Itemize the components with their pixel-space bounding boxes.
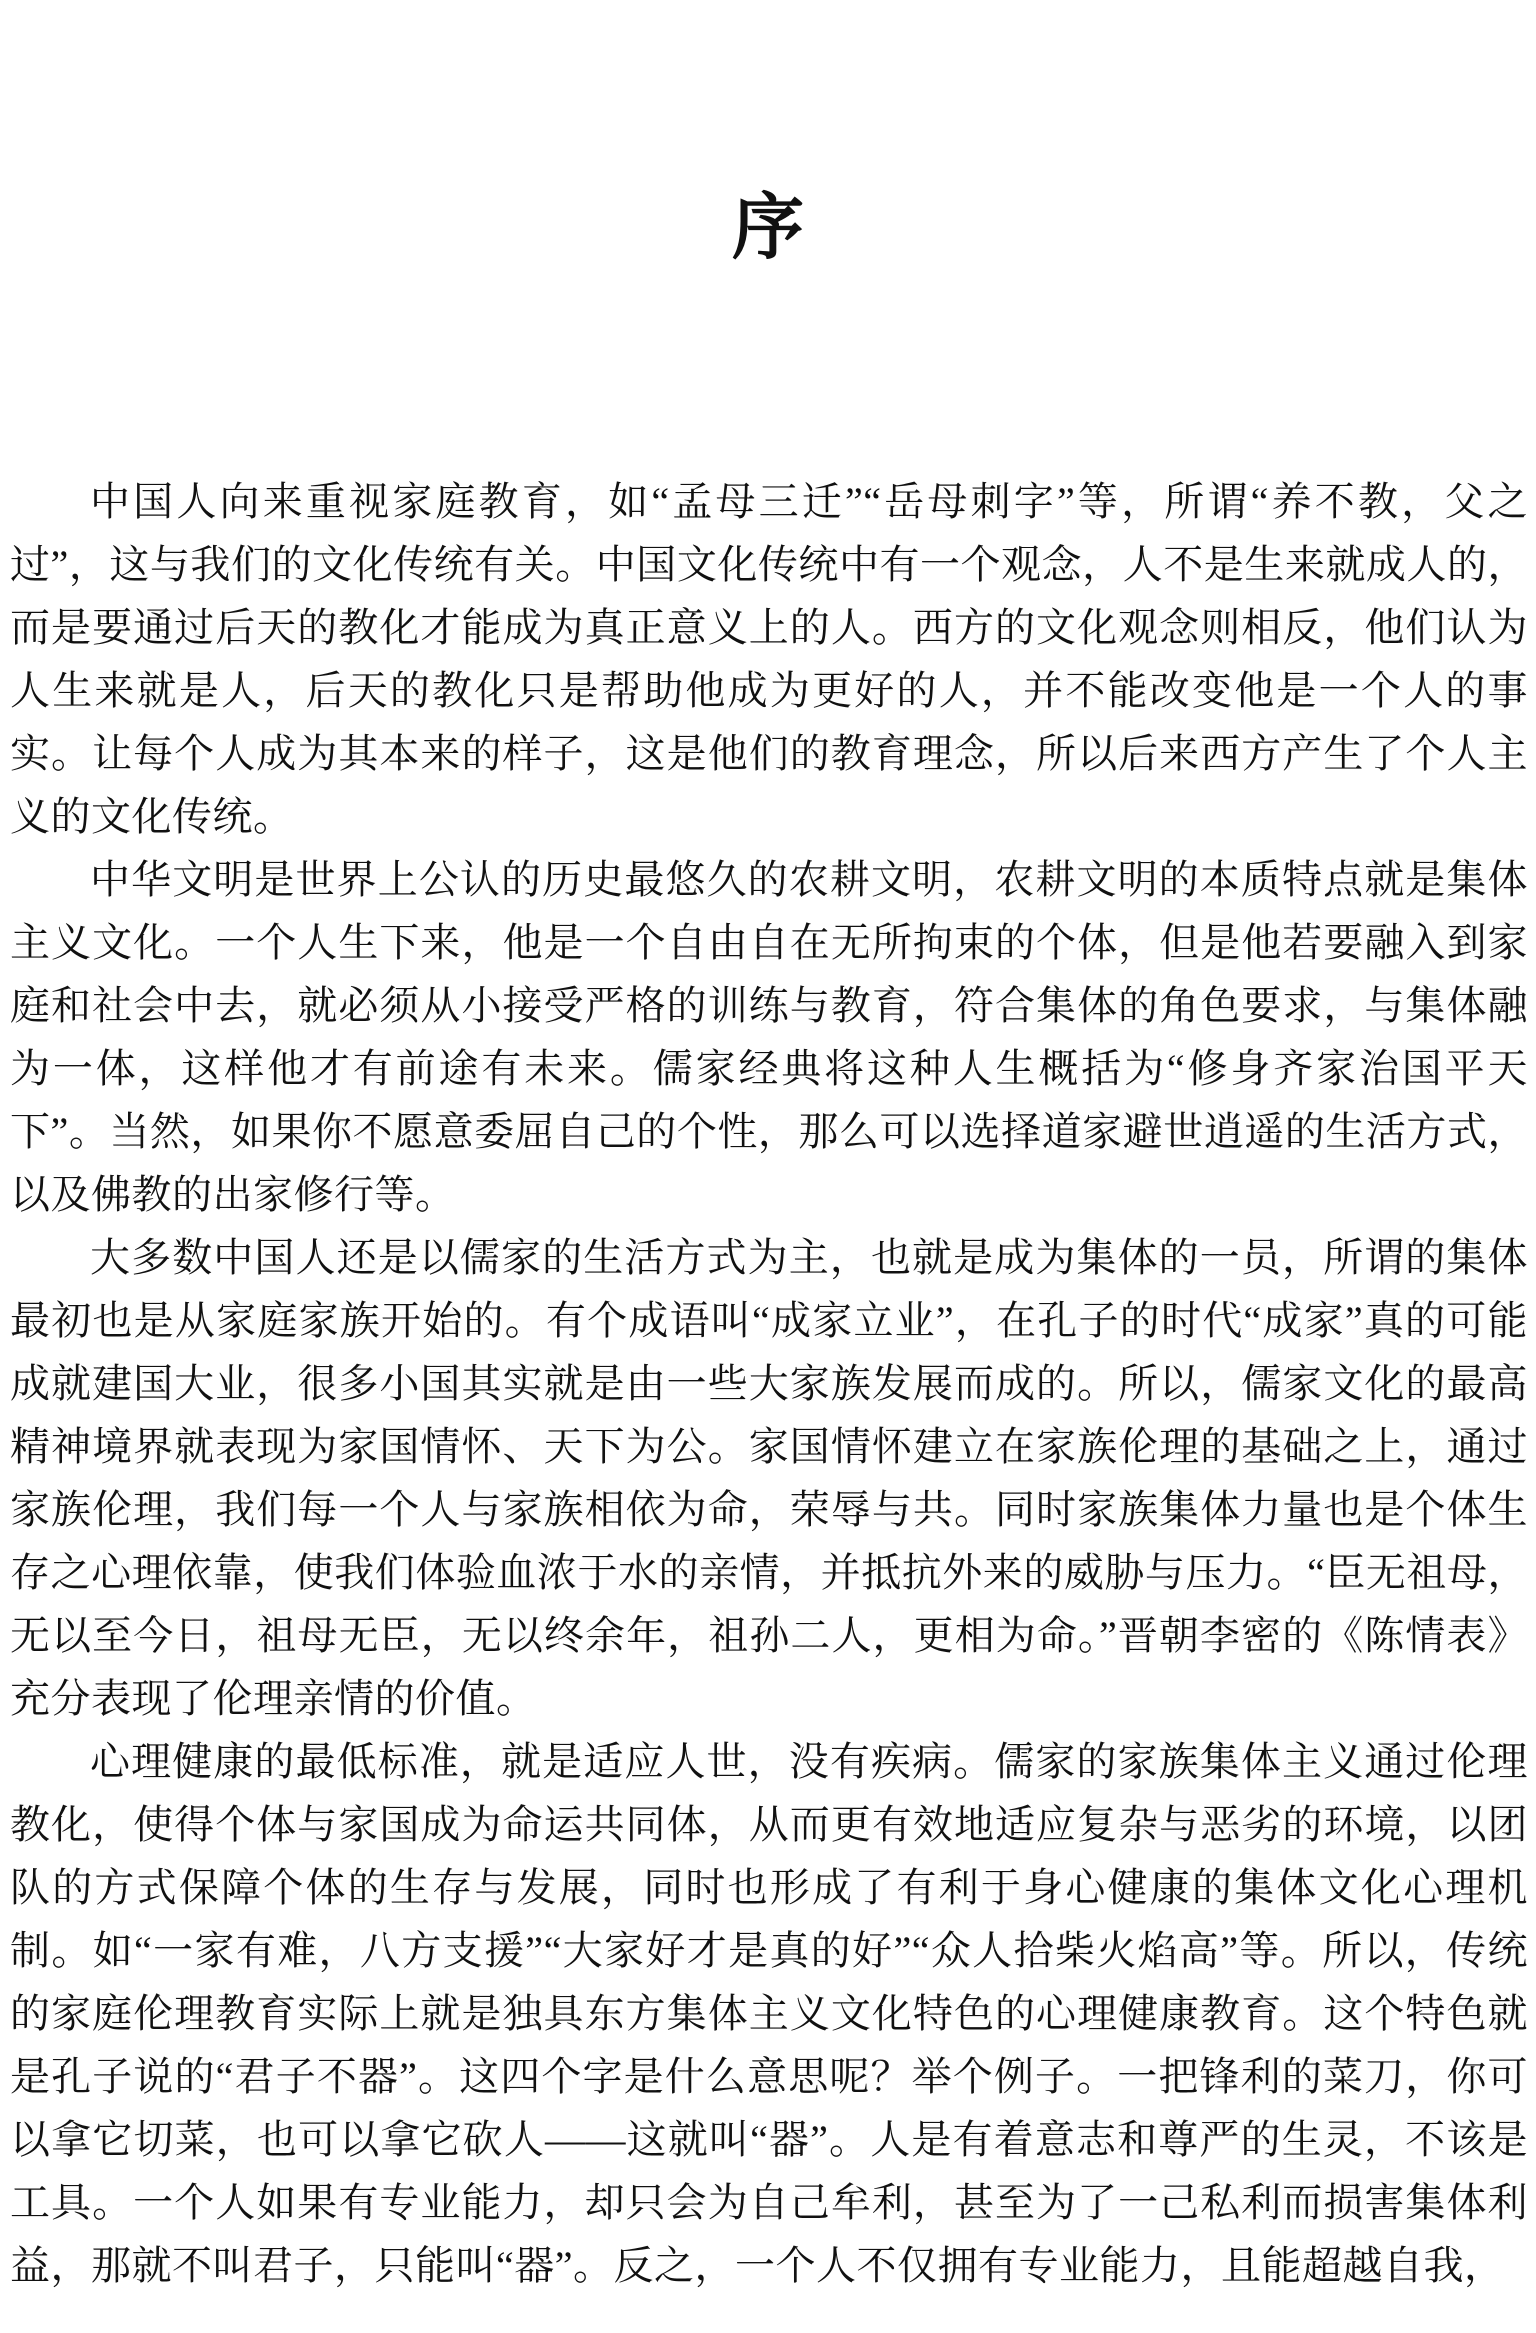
paragraph: 中华文明是世界上公认的历史最悠久的农耕文明，农耕文明的本质特点就是集体主义文化。… <box>10 848 1528 1226</box>
chapter-body: 中国人向来重视家庭教育，如“孟母三迁”“岳母刺字”等，所谓“养不教，父之过”，这… <box>0 470 1536 2297</box>
paragraph: 中国人向来重视家庭教育，如“孟母三迁”“岳母刺字”等，所谓“养不教，父之过”，这… <box>10 470 1528 848</box>
paragraph: 心理健康的最低标准，就是适应人世，没有疾病。儒家的家族集体主义通过伦理教化，使得… <box>10 1730 1528 2297</box>
chapter-title: 序 <box>0 0 1536 278</box>
paragraph: 大多数中国人还是以儒家的生活方式为主，也就是成为集体的一员，所谓的集体最初也是从… <box>10 1226 1528 1730</box>
book-page: 序 中国人向来重视家庭教育，如“孟母三迁”“岳母刺字”等，所谓“养不教，父之过”… <box>0 0 1536 2333</box>
